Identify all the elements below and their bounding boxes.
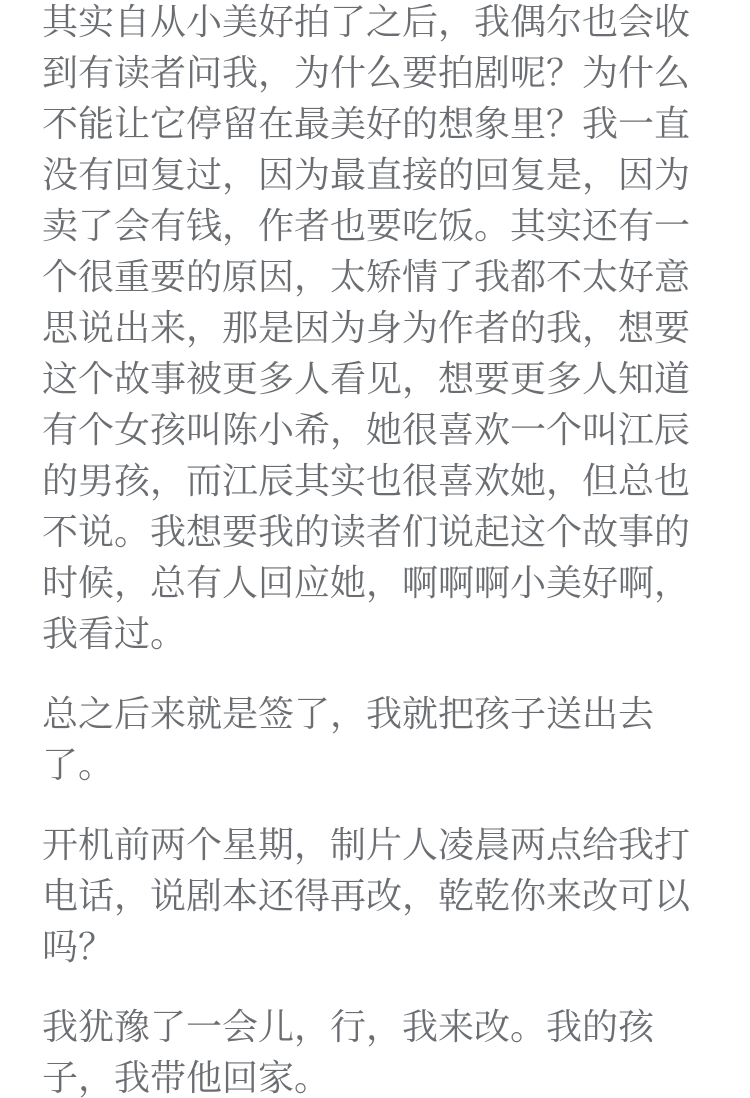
paragraph: 我犹豫了一会儿，行，我来改。我的孩子，我带他回家。: [42, 1002, 702, 1098]
paragraph: 开机前两个星期，制片人凌晨两点给我打电话，说剧本还得再改，乾乾你来改可以吗？: [42, 820, 702, 973]
paragraph: 总之后来就是签了，我就把孩子送出去了。: [42, 689, 702, 791]
article-text: 其实自从小美好拍了之后，我偶尔也会收到有读者问我，为什么要拍剧呢？为什么不能让它…: [0, 0, 750, 1098]
paragraph: 其实自从小美好拍了之后，我偶尔也会收到有读者问我，为什么要拍剧呢？为什么不能让它…: [42, 0, 702, 660]
